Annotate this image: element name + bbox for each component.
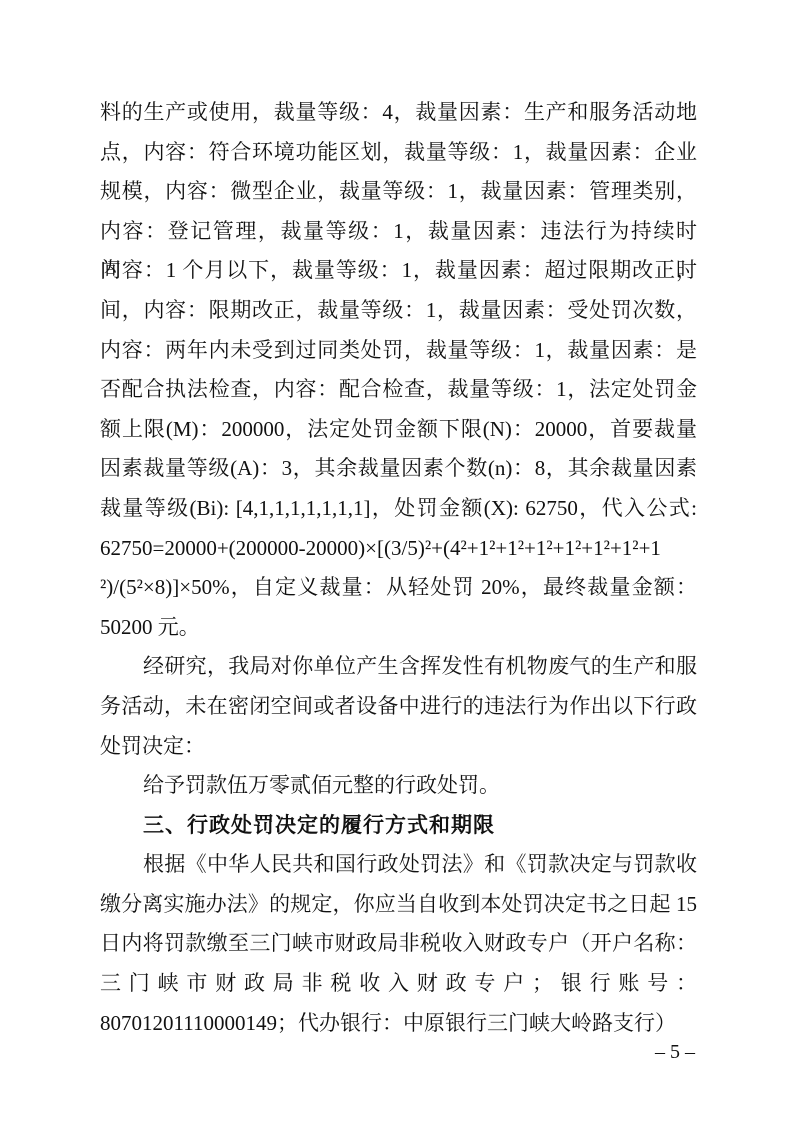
text-line: ²)/(5²×8)]×50%，自定义裁量：从轻处罚 20%，最终裁量金额：: [100, 568, 697, 608]
section-heading: 三、行政处罚决定的履行方式和期限: [100, 806, 697, 846]
text-line: 根据《中华人民共和国行政处罚法》和《罚款决定与罚款收: [100, 845, 697, 885]
text-line: 内容：两年内未受到过同类处罚，裁量等级：1，裁量因素：是: [100, 331, 697, 371]
text-line: 三门峡市财政局非税收入财政专户；银行账号：: [100, 964, 697, 1004]
text-line: 间，内容：限期改正，裁量等级：1，裁量因素：受处罚次数，: [100, 291, 697, 331]
text-line: 料的生产或使用，裁量等级：4，裁量因素：生产和服务活动地: [100, 93, 697, 133]
text-line: 50200 元。: [100, 608, 697, 648]
text-line: 内容：登记管理，裁量等级：1，裁量因素：违法行为持续时间，: [100, 212, 697, 252]
text-line: 务活动，未在密闭空间或者设备中进行的违法行为作出以下行政: [100, 687, 697, 727]
text-line: 80701201110000149；代办银行：中原银行三门峡大岭路支行）: [100, 1004, 697, 1044]
text-line: 因素裁量等级(A)：3，其余裁量因素个数(n)：8，其余裁量因素: [100, 449, 697, 489]
text-line: 经研究，我局对你单位产生含挥发性有机物废气的生产和服: [100, 647, 697, 687]
page-number: – 5 –: [655, 1038, 695, 1066]
text-line: 裁量等级(Bi): [4,1,1,1,1,1,1,1]，处罚金额(X): 627…: [100, 489, 697, 529]
text-block: 料的生产或使用，裁量等级：4，裁量因素：生产和服务活动地点，内容：符合环境功能区…: [100, 93, 697, 1043]
text-line: 规模，内容：微型企业，裁量等级：1，裁量因素：管理类别，: [100, 172, 697, 212]
text-line: 给予罚款伍万零贰佰元整的行政处罚。: [100, 766, 697, 806]
text-line: 62750=20000+(200000-20000)×[(3/5)²+(4²+1…: [100, 529, 697, 569]
text-line: 点，内容：符合环境功能区划，裁量等级：1，裁量因素：企业: [100, 133, 697, 173]
document-page: 料的生产或使用，裁量等级：4，裁量因素：生产和服务活动地点，内容：符合环境功能区…: [0, 0, 793, 1122]
text-line: 处罚决定：: [100, 727, 697, 767]
text-line: 额上限(M)：200000，法定处罚金额下限(N)：20000，首要裁量: [100, 410, 697, 450]
text-line: 缴分离实施办法》的规定，你应当自收到本处罚决定书之日起 15: [100, 885, 697, 925]
text-line: 内容：1 个月以下，裁量等级：1，裁量因素：超过限期改正时: [100, 251, 697, 291]
text-line: 日内将罚款缴至三门峡市财政局非税收入财政专户（开户名称：: [100, 924, 697, 964]
text-line: 否配合执法检查，内容：配合检查，裁量等级：1，法定处罚金: [100, 370, 697, 410]
